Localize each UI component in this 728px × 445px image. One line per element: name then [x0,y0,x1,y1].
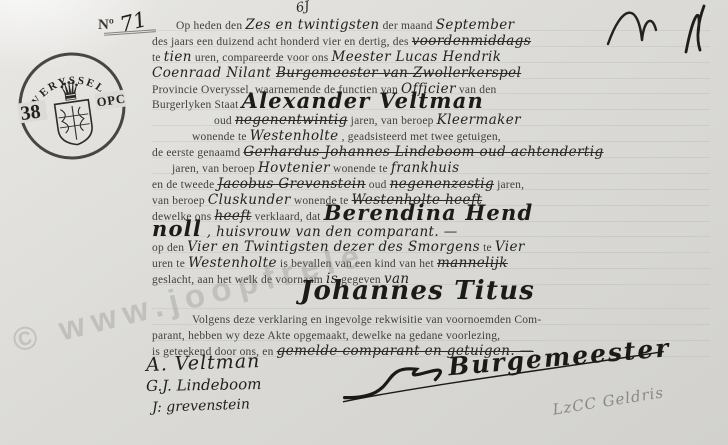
handwritten-text: tien [164,49,192,65]
handwritten-text: negenenzestig [390,176,494,192]
act-line: uren te Westenholte is bevallen van een … [152,254,718,270]
handwritten-text: Hovtenier [258,160,330,176]
witness-signatures: A. Veltman G.J. Lindeboom J: grevenstein [146,352,261,414]
handwritten-text: Vier en Twintigsten [187,239,329,255]
act-number: Nº 71 [98,10,156,34]
act-line: de eerste genaamd Gerhardus Johannes Lin… [152,143,718,159]
signature-lindeboom: G.J. Lindeboom [146,375,262,395]
printed-text: jaren, van beroep [172,163,258,175]
handwritten-text: Gerhardus Johannes Lindeboom oud achtend… [243,144,603,160]
act-line: Johannes Titus [152,286,718,310]
act-line: oud negenentwintig jaren, van beroep Kle… [152,111,718,127]
printed-text: verklaard, dat [252,211,324,223]
handwritten-text: Johannes Titus [300,276,535,306]
act-line: op den Vier en Twintigsten dezer des Smo… [152,238,718,254]
act-line: Coenraad Nilant Burgemeester van Zwoller… [152,64,718,80]
handwritten-text: dezer des Smorgens [329,239,480,255]
printed-text: en de tweede [152,179,218,191]
handwritten-text: Vier [495,239,525,255]
printed-text: jaren, [494,179,524,191]
handwritten-text: noll [152,216,202,241]
handwritten-text: Jacobus Grevenstein [218,176,366,192]
act-line: wonende te Westenholte , geadsisteerd me… [152,127,718,143]
act-line: jaren, van beroep Hovtenier wonende te f… [152,159,718,175]
correction-mark: 6J [295,0,311,16]
signature-grevenstein: J: grevenstein [152,396,262,416]
printed-text: te [480,242,495,254]
act-line: Volgens deze verklaring en ingevolge rek… [152,310,718,326]
handwritten-text: mannelijk [437,255,508,271]
handwritten-text: heeft [214,208,251,224]
province-revenue-stamp: OVERYSSEL. ♛ 38 OPC [9,43,135,169]
handwritten-text: Meester Lucas Hendrik [332,49,502,65]
act-line: Burgerlyken Staat Alexander Veltman [152,95,718,111]
printed-text: te [152,52,164,64]
handwritten-text: Cluskunder [208,192,291,208]
printed-text: , geadsisteerd met twee getuigen, [339,131,501,143]
handwritten-text: Berendina Hend [324,200,534,225]
handwritten-text: Westenholte [188,255,277,271]
handwritten-text: frankhuis [391,160,460,176]
printed-text: oud [366,179,390,191]
act-line: Op heden den Zes en twintigsten der maan… [152,16,718,32]
stamp-left-value: 38 [19,101,42,126]
stamp-graphic: OVERYSSEL. ♛ 38 OPC [9,43,135,169]
act-number-label: Nº [98,17,114,33]
printed-text: des jaars een duizend acht honderd vier … [152,36,412,48]
handwritten-text: Zes en twintigsten [245,17,379,33]
printed-text: wonende te [192,131,250,143]
printed-text: uren te [152,258,188,270]
handwritten-text: Burgemeester van Zwollerkerspel [276,65,521,81]
signature-veltman: A. Veltman [146,350,262,376]
act-line: te tien uren, compareerde voor ons Meest… [152,48,718,64]
handwritten-text: , huisvrouw van den comparant. — [202,224,458,240]
printed-text: is bevallen van een kind van het [277,258,437,270]
printed-text: op den [152,242,187,254]
printed-text: Volgens deze verklaring en ingevolge rek… [192,314,541,326]
handwritten-text: Coenraad Nilant [152,65,276,81]
handwritten-text: September [436,17,515,33]
act-line: en de tweede Jacobus Grevenstein oud neg… [152,175,718,191]
printed-text: der maand [380,20,436,32]
printed-text: uren, compareerde voor ons [192,52,332,64]
printed-text: de eerste genaamd [152,147,243,159]
printed-text: wonende te [330,163,391,175]
printed-text: jaren, van beroep [348,115,437,127]
document-lines: Op heden den Zes en twintigsten der maan… [152,16,718,358]
act-line: des jaars een duizend acht honderd vier … [152,32,718,48]
scanned-birth-record: { "colors": { "paper": "#dcdbd7", "ink":… [0,0,728,445]
printed-text: parant, hebben wy deze Akte opgemaakt, d… [152,330,500,342]
act-line: dewelke ons heeft verklaard, dat Berendi… [152,207,718,223]
handwritten-text: Alexander Veltman [242,88,484,113]
handwritten-text: negenentwintig [235,112,348,128]
printed-text: Burgerlyken Staat [152,99,242,111]
printed-text: van beroep [152,195,208,207]
act-line: noll , huisvrouw van den comparant. — [152,223,718,239]
handwritten-text: Westenholte [250,128,339,144]
printed-text: Op heden den [176,20,245,32]
handwritten-text: Kleermaker [437,112,521,128]
printed-text: oud [214,115,235,127]
handwritten-text: voordenmiddags [412,33,531,49]
